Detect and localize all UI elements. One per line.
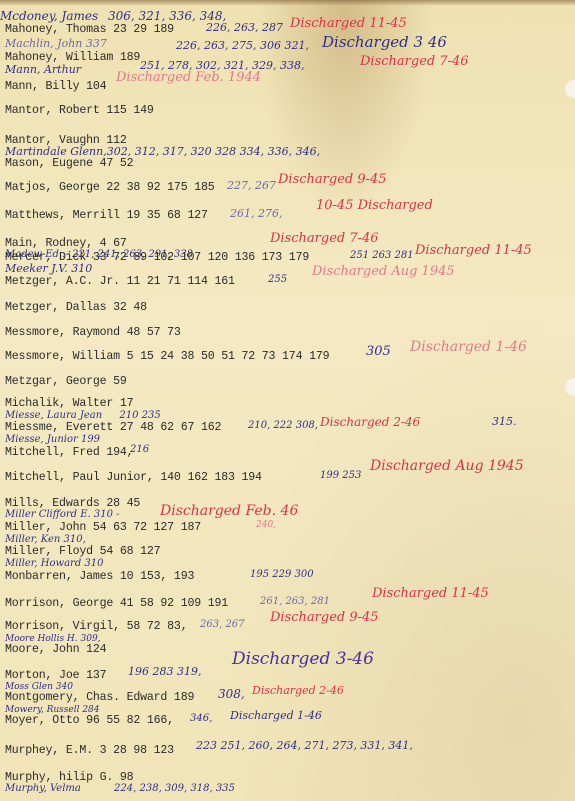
typed-entry: Mantor, Robert 115 149 [5,104,154,117]
entry-numbers: 226, 263, 275, 306 321, [176,40,309,52]
entry-name: Mantor, Robert 115 149 [5,104,154,117]
entry-numbers: 315. [492,416,517,428]
entry-numbers: 261, 276, [230,208,282,220]
typed-entry: Michalik, Walter 17 [5,397,133,410]
entry-numbers: 251 263 281 [350,250,414,262]
entry-numbers: 263, 267 [200,619,245,631]
typed-entry: Montgomery, Chas. Edward 189 [5,691,194,704]
typed-entry: Messmore, Raymond 48 57 73 [5,326,181,339]
typed-entry: Matjos, George 22 38 92 175 185 [5,181,214,194]
page-edge-shadow [0,0,575,6]
typed-entry: Murphey, E.M. 3 28 98 123 [5,744,174,757]
discharge-note: Discharged 3-46 [232,653,374,665]
handwritten-entry: Mcdoney, James 306, 321, 336, 348, [0,10,226,22]
entry-numbers: 196 283 319, [128,666,201,678]
handwritten-entry: Murphy, Velma 224, 238, 309, 318, 335 [5,783,235,795]
handwritten-entry: Miller, Howard 310 [5,558,104,570]
entry-name: Mitchell, Fred 194, [5,446,133,459]
entry-name: Mitchell, Paul Junior, 140 162 183 194 [5,471,262,484]
entry-name: Metzgar, George 59 [5,375,127,388]
document-page: Mcdoney, James 306, 321, 336, 348, Mahon… [0,0,575,801]
typed-entry: Mitchell, Fred 194, [5,446,133,459]
handwritten-entry: Miller Clifford E. 310 - [5,509,120,521]
entry-numbers: 210 235 [119,410,160,421]
entry-numbers: 227, 267 [227,180,276,192]
discharge-note: Discharged 2-46 [320,416,420,428]
entry-name: Miessme, Everett 27 48 62 67 162 [5,421,221,434]
punch-hole [565,80,575,98]
handwritten-entry: Machlin, John 337 [5,38,107,50]
entry-name: Mason, Eugene 47 52 [5,157,133,170]
entry-name: Messmore, Raymond 48 57 73 [5,326,181,339]
entry-name: Morrison, George 41 58 92 109 191 [5,597,228,610]
handwritten-entry: Meeker J.V. 310 [5,263,92,275]
typed-entry: Mann, Billy 104 [5,80,106,93]
entry-numbers: 261, 263, 281 [260,596,330,608]
handwritten-entry: Miesse, Junior 199 [5,434,100,446]
entry-name: Monbarren, James 10 153, 193 [5,570,194,583]
typed-entry: Moyer, Otto 96 55 82 166, [5,714,174,727]
typed-entry: Metzger, A.C. Jr. 11 21 71 114 161 [5,275,235,288]
entry-numbers: 346, [190,713,212,725]
entry-name: Messmore, William 5 15 24 38 50 51 72 73… [5,350,329,363]
entry-name: Mann, Billy 104 [5,80,106,93]
typed-entry: Mitchell, Paul Junior, 140 162 183 194 [5,471,262,484]
entry-name: Miller, Floyd 54 68 127 [5,545,160,558]
entry-numbers: 305 [366,346,391,358]
typed-entry: Morrison, Virgil, 58 72 83, [5,620,187,633]
entry-numbers: 216 [130,444,149,456]
entry-name: Moyer, Otto 96 55 82 166, [5,714,174,727]
entry-name: Murphey, E.M. 3 28 98 123 [5,744,174,757]
discharge-note: Discharged 9-45 [270,612,379,624]
entry-name: Montgomery, Chas. Edward 189 [5,691,194,704]
typed-entry: Miller, John 54 63 72 127 187 [5,521,201,534]
typed-entry: Matthews, Merrill 19 35 68 127 [5,209,208,222]
discharge-note: Discharged 11-45 [415,245,532,257]
entry-numbers: 308, [218,688,245,700]
entry-name: Mcdoney, James [0,9,98,23]
discharge-note: Discharged Aug 1945 [370,460,524,472]
entry-numbers: 195 229 300 [250,569,314,581]
discharge-note: Discharged Aug 1945 [312,266,455,278]
discharge-note: Discharged 11-45 [372,588,489,600]
punch-hole [565,378,575,396]
typed-entry: Miessme, Everett 27 48 62 67 162 [5,421,221,434]
entry-name: Michalik, Walter 17 [5,397,133,410]
typed-entry: Metzgar, George 59 [5,375,127,388]
discharge-note: Discharged 2-46 [252,685,344,697]
entry-name: Mahoney, Thomas 23 29 189 [5,23,174,36]
entry-numbers: 210, 222 308, [248,420,318,432]
discharge-note: Discharged 1-46 [230,710,322,722]
entry-numbers: 226, 263, 287 [206,22,283,34]
entry-numbers: 302, 312, 317, 320 328 334, 336, 346, [107,145,320,158]
discharge-note: Discharged 3 46 [322,36,447,48]
discharge-note: Discharged Feb. 46 [160,505,298,517]
typed-entry: Mason, Eugene 47 52 [5,157,133,170]
discharge-note: Discharged 1-46 [410,341,527,353]
typed-entry: Miller, Floyd 54 68 127 [5,545,160,558]
discharge-note: Discharged 7-46 [360,56,469,68]
typed-entry: Monbarren, James 10 153, 193 [5,570,194,583]
entry-name: Miller, John 54 63 72 127 187 [5,521,201,534]
entry-numbers: 240, [256,519,276,531]
entry-numbers: 223 251, 260, 264, 271, 273, 331, 341, [196,740,413,752]
entry-numbers: 199 253 [320,470,361,482]
entry-name: Metzger, A.C. Jr. 11 21 71 114 161 [5,275,235,288]
entry-name: Metzger, Dallas 32 48 [5,301,147,314]
entry-numbers: 255 [268,274,287,286]
typed-entry: Morrison, George 41 58 92 109 191 [5,597,228,610]
entry-name: Moore, John 124 [5,643,106,656]
entry-name: Matjos, George 22 38 92 175 185 [5,181,214,194]
entry-name: Miesse, Laura Jean [5,410,102,421]
entry-name: Matthews, Merrill 19 35 68 127 [5,209,208,222]
entry-name: Murphy, Velma [5,783,81,794]
entry-name: Morrison, Virgil, 58 72 83, [5,620,187,633]
typed-entry: Messmore, William 5 15 24 38 50 51 72 73… [5,350,329,363]
typed-entry: Mahoney, Thomas 23 29 189 [5,23,174,36]
typed-entry: Moore, John 124 [5,643,106,656]
discharge-note: Discharged Feb. 1944 [116,72,261,84]
discharge-note: 10-45 Discharged [316,200,433,212]
discharge-note: Discharged 7-46 [270,233,379,245]
handwritten-entry: Mann, Arthur [5,64,81,76]
entry-name: Mann, Arthur [5,63,81,76]
entry-numbers: 224, 238, 309, 318, 335 [114,783,235,794]
discharge-note: Discharged 9-45 [278,174,387,186]
discharge-note: Discharged 11-45 [290,18,407,30]
typed-entry: Metzger, Dallas 32 48 [5,301,147,314]
